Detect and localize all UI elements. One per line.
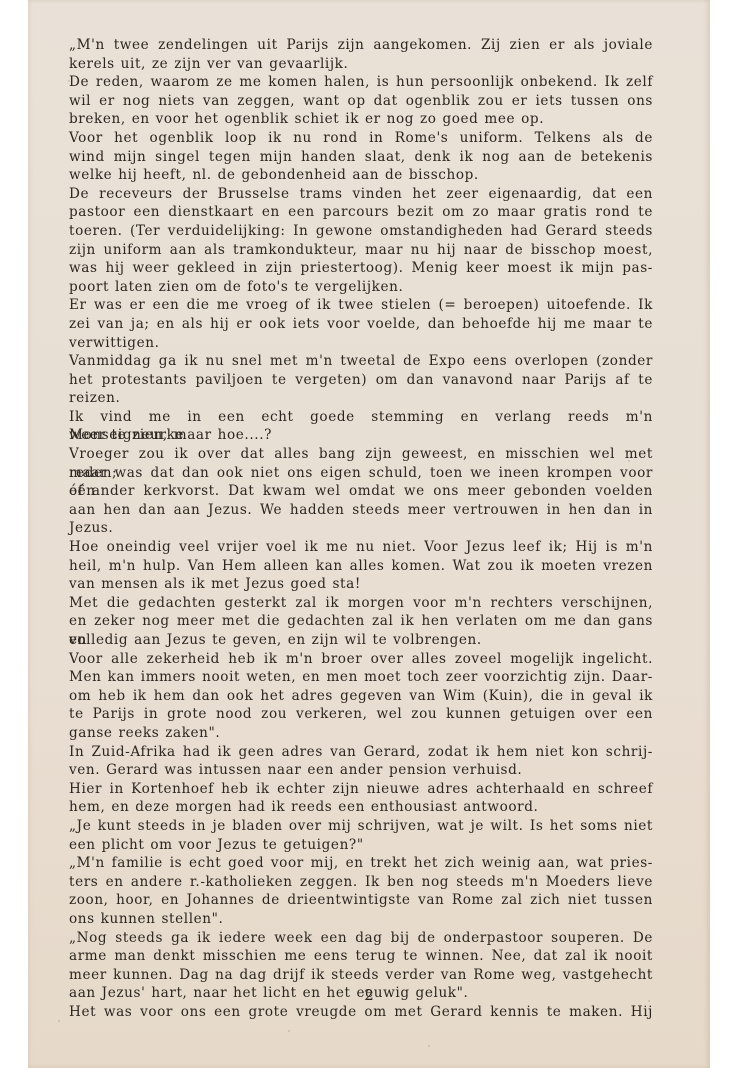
text-line: Vanmiddag ga ik nu snel met m'n tweetal …	[69, 352, 653, 371]
text-line: „Je kunt steeds in je bladen over mij sc…	[69, 817, 653, 836]
text-line: Hier in Kortenhoef heb ik echter zijn ni…	[69, 780, 653, 799]
body-text: „M'n twee zendelingen uit Parijs zijn aa…	[69, 36, 653, 1021]
text-line: wind mijn singel tegen mijn handen slaat…	[69, 148, 653, 167]
text-line: meer kunnen. Dag na dag drijf ik steeds …	[69, 966, 653, 985]
text-line: „M'n familie is echt goed voor mij, en t…	[69, 854, 653, 873]
text-line: een plicht om voor Jezus te getuigen?"	[69, 836, 653, 855]
text-line: In Zuid-Afrika had ik geen adres van Ger…	[69, 743, 653, 762]
text-line: Er was er een die me vroeg of ik twee st…	[69, 296, 653, 315]
text-line: Hoe oneindig veel vrijer voel ik me nu n…	[69, 538, 653, 557]
text-line: ons kunnen stellen".	[69, 910, 653, 929]
text-line: zei van ja; en als hij er ook iets voor …	[69, 315, 653, 334]
text-line: om heb ik hem dan ook het adres gegeven …	[69, 687, 653, 706]
text-line: toeren. (Ter verduidelijking: In gewone …	[69, 222, 653, 241]
text-line: Voor het ogenblik loop ik nu rond in Rom…	[69, 129, 653, 148]
text-line: volledig aan Jezus te geven, en zijn wil…	[69, 631, 653, 650]
text-line: te Parijs in grote nood zou verkeren, we…	[69, 705, 653, 724]
text-line: of ander kerkvorst. Dat kwam wel omdat w…	[69, 482, 653, 501]
text-line: ganse reeks zaken".	[69, 724, 653, 743]
text-line: ters en andere r.-katholieken zeggen. Ik…	[69, 873, 653, 892]
text-line: van mensen als ik met Jezus goed sta!	[69, 575, 653, 594]
text-line: wil er nog niets van zeggen, want op dat…	[69, 92, 653, 111]
text-line: Jezus.	[69, 519, 653, 538]
text-line: Ik vind me in een echt goede stemming en…	[69, 408, 653, 427]
text-line: weer te zien, maar hoe....?	[69, 426, 653, 445]
text-line: zijn uniform aan als tramkondukteur, maa…	[69, 241, 653, 260]
text-line: ven. Gerard was intussen naar een ander …	[69, 761, 653, 780]
text-line: heil, m'n hulp. Van Hem alleen kan alles…	[69, 557, 653, 576]
text-line: verwittigen.	[69, 334, 653, 353]
text-line: Voor alle zekerheid heb ik m'n broer ove…	[69, 650, 653, 669]
text-line: reizen.	[69, 389, 653, 408]
text-line: „Nog steeds ga ik iedere week een dag bi…	[69, 929, 653, 948]
text-line: „M'n twee zendelingen uit Parijs zijn aa…	[69, 36, 653, 55]
text-line: pastoor een dienstkaart en een parcours …	[69, 203, 653, 222]
text-line: Vroeger zou ik over dat alles bang zijn …	[69, 445, 653, 464]
text-line: hem, en deze morgen had ik reeds een ent…	[69, 798, 653, 817]
text-line: Het was voor ons een grote vreugde om me…	[69, 1003, 653, 1022]
text-line: De reden, waarom ze me komen halen, is h…	[69, 73, 653, 92]
text-line: het protestants paviljoen te vergeten) o…	[69, 371, 653, 390]
text-line: arme man denkt misschien me eens terug t…	[69, 947, 653, 966]
text-line: was hij weer gekleed in zijn priestertoo…	[69, 259, 653, 278]
text-line: poort laten zien om de foto's te vergeli…	[69, 278, 653, 297]
text-line: aan hen dan aan Jezus. We hadden steeds …	[69, 501, 653, 520]
text-line: zoon, hoor, en Johannes de drieentwintig…	[69, 891, 653, 910]
text-line: welke hij heeft, nl. de gebondenheid aan…	[69, 166, 653, 185]
text-line: Men kan immers nooit weten, en men moet …	[69, 668, 653, 687]
text-line: De receveurs der Brusselse trams vinden …	[69, 185, 653, 204]
text-line: Met die gedachten gesterkt zal ik morgen…	[69, 594, 653, 613]
page-number: 2	[0, 986, 738, 1004]
text-line: breken, en voor het ogenblik schiet ik e…	[69, 110, 653, 129]
text-line: kerels uit, ze zijn ver van gevaarlijk.	[69, 55, 653, 74]
text-line: maar was dat dan ook niet ons eigen schu…	[69, 464, 653, 483]
text-line: en zeker nog meer met die gedachten zal …	[69, 612, 653, 631]
